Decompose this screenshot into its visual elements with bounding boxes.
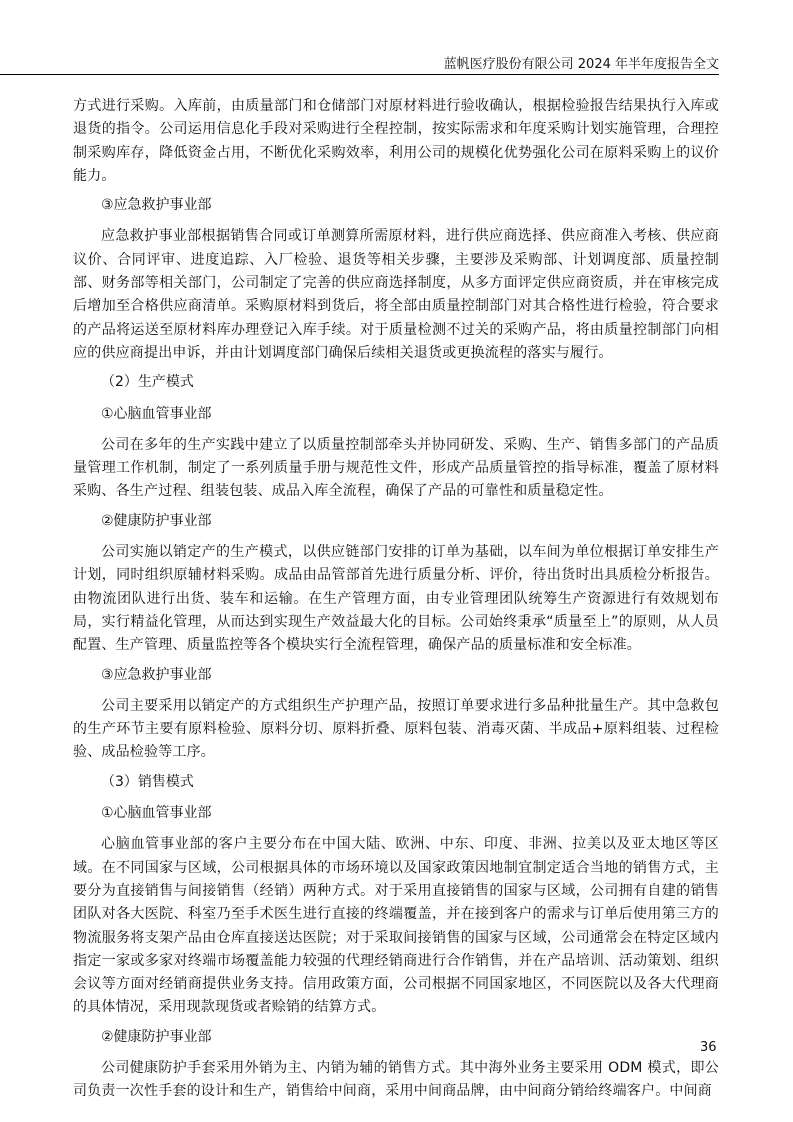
section-sales-model: （3）销售模式 (73, 771, 719, 794)
paragraph-cardiovascular-production: 公司在多年的生产实践中建立了以质量控制部牵头并协同研发、采购、生产、销售多部门的… (73, 434, 719, 504)
page-number: 36 (700, 1040, 717, 1055)
report-title: 蓝帆医疗股份有限公司 2024 年半年度报告全文 (444, 53, 719, 72)
document-body: 方式进行采购。入库前，由质量部门和仓储部门对原材料进行验收确认，根据检验报告结果… (73, 95, 719, 1110)
section-production-model: （2）生产模式 (73, 371, 719, 394)
paragraph-cardiovascular-sales: 心脑血管事业部的客户主要分布在中国大陆、欧洲、中东、印度、非洲、拉美以及亚太地区… (73, 833, 719, 1019)
heading-emergency-rescue-production: ③应急救护事业部 (73, 664, 719, 687)
heading-emergency-rescue-procurement: ③应急救护事业部 (73, 194, 719, 217)
heading-health-protection-production: ②健康防护事业部 (73, 510, 719, 533)
header-divider (0, 74, 719, 75)
heading-health-protection-sales: ②健康防护事业部 (73, 1026, 719, 1049)
page-header: 蓝帆医疗股份有限公司 2024 年半年度报告全文 (0, 50, 719, 75)
paragraph-health-protection-sales: 公司健康防护手套采用外销为主、内销为辅的销售方式。其中海外业务主要采用 ODM … (73, 1057, 719, 1104)
heading-cardiovascular-production: ①心脑血管事业部 (73, 403, 719, 426)
paragraph-health-protection-production: 公司实施以销定产的生产模式，以供应链部门安排的订单为基础，以车间为单位根据订单安… (73, 541, 719, 657)
paragraph-emergency-production: 公司主要采用以销定产的方式组织生产护理产品，按照订单要求进行多品种批量生产。其中… (73, 695, 719, 765)
heading-cardiovascular-sales: ①心脑血管事业部 (73, 802, 719, 825)
paragraph-emergency-procurement: 应急救护事业部根据销售合同或订单测算所需原材料，进行供应商选择、供应商准入考核、… (73, 225, 719, 365)
paragraph-procurement-continued: 方式进行采购。入库前，由质量部门和仓储部门对原材料进行验收确认，根据检验报告结果… (73, 95, 719, 188)
